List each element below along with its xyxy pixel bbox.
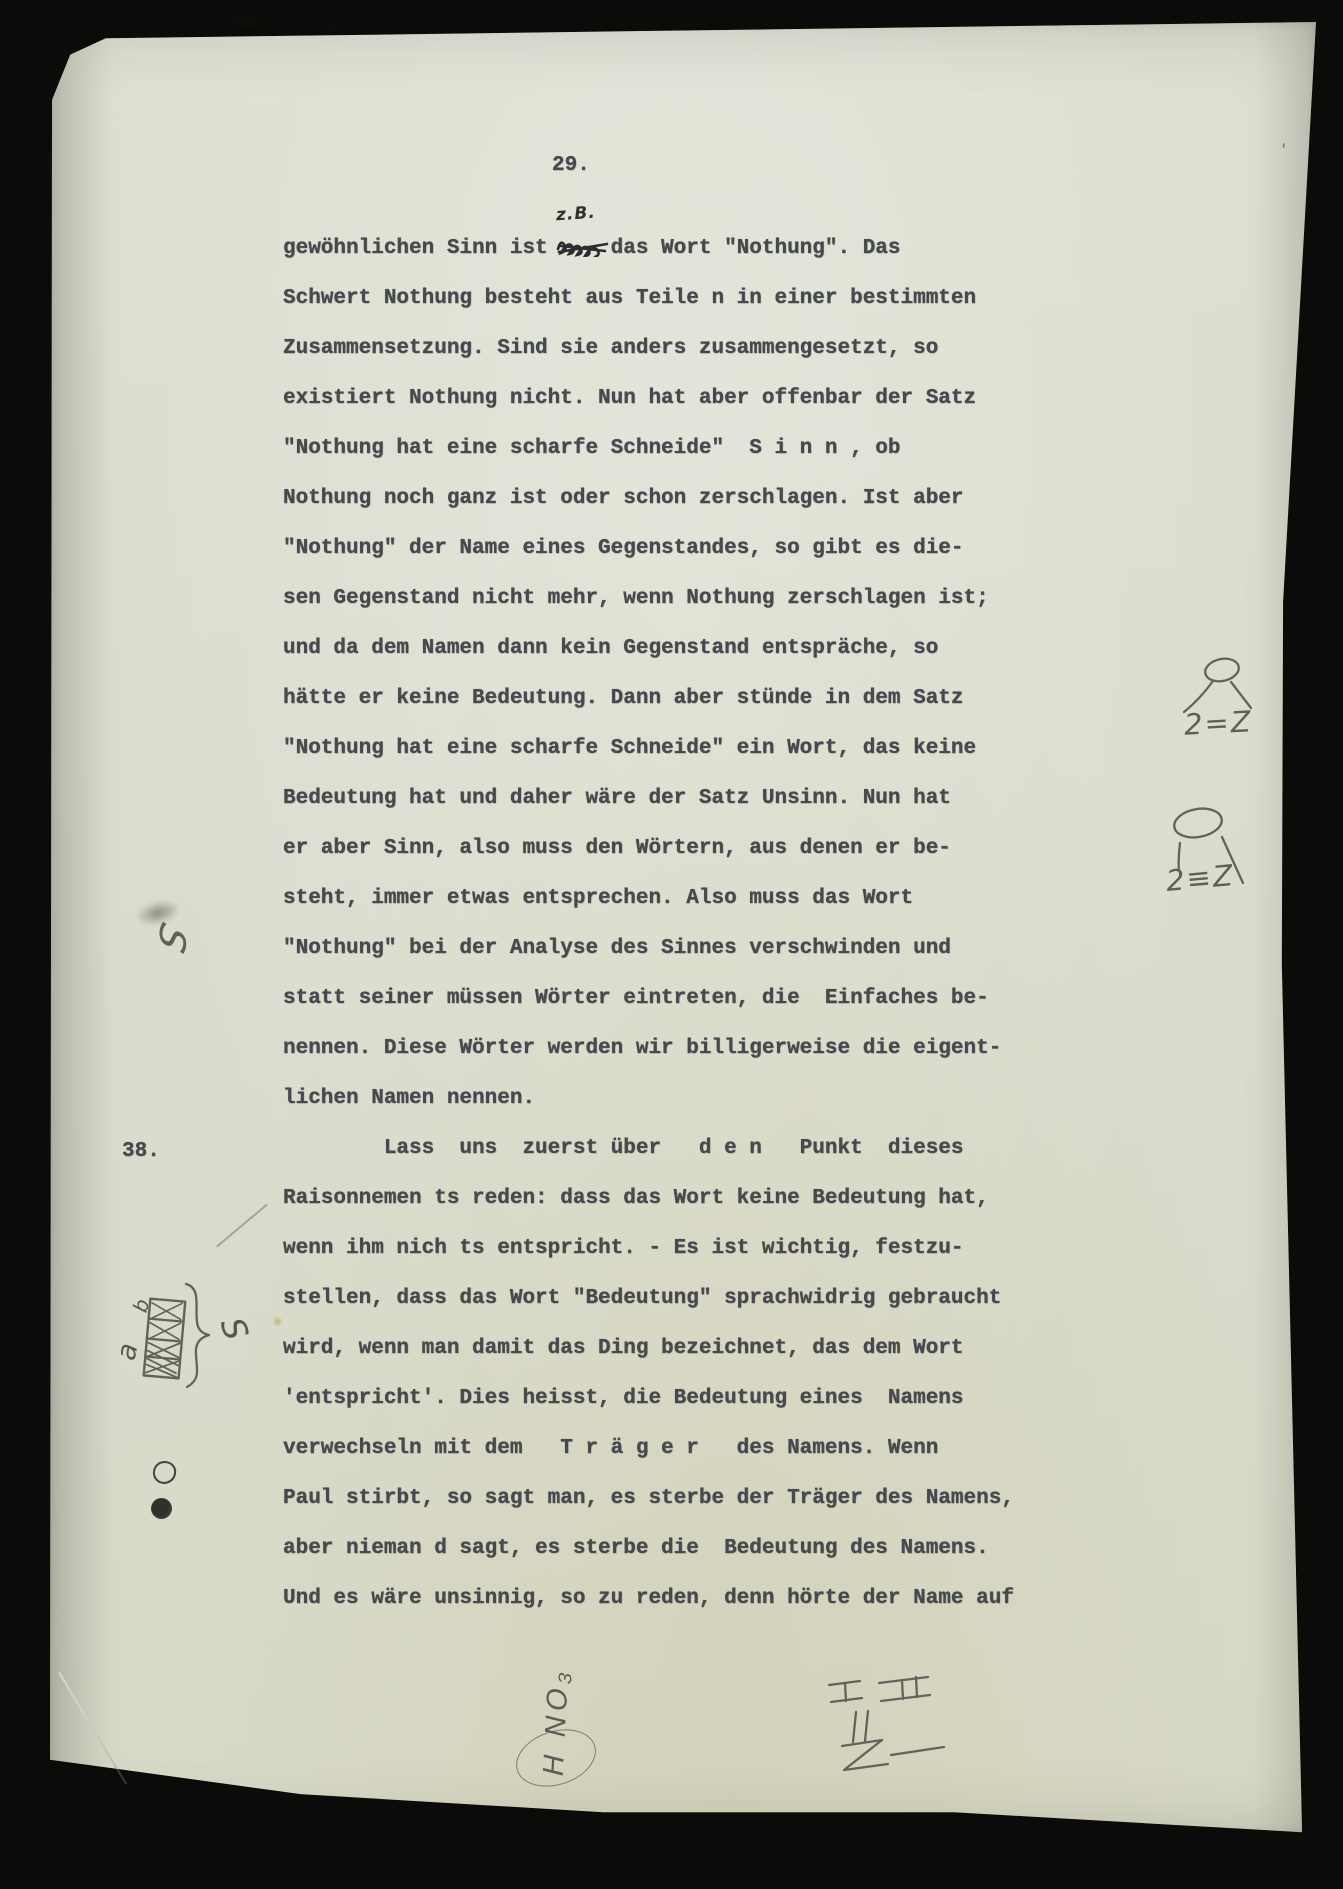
typescript-line: 'entspricht'. Dies heisst, die Bedeutung…	[283, 1386, 964, 1412]
rotated-n-glyph	[842, 1740, 888, 1770]
typescript-line: "Nothung" bei der Analyse des Sinnes ver…	[283, 936, 951, 962]
typescript-line: sen Gegenstand nicht mehr, wenn Nothung …	[283, 586, 989, 612]
typescript-line: Paul stirbt, so sagt man, es sterbe der …	[283, 1486, 1014, 1512]
typescript-line: Raisonnemen ts reden: dass das Wort kein…	[283, 1186, 989, 1212]
sketch-letter-s: S	[213, 1313, 257, 1345]
ink-smudge	[220, 12, 274, 32]
typescript-line: "Nothung" der Name eines Gegenstandes, s…	[283, 536, 964, 562]
doodle-head	[1203, 656, 1241, 685]
typescript-line: er aber Sinn, also muss den Wörtern, aus…	[283, 836, 951, 862]
typescript-line: nennen. Diese Wörter werden wir billiger…	[283, 1036, 1001, 1062]
typescript-line: "Nothung hat eine scharfe Schneide" S i …	[283, 436, 901, 462]
filled-circle-mark	[151, 1498, 172, 1519]
typescript-line: Nothung noch ganz ist oder schon zerschl…	[283, 486, 964, 512]
typescript-line: hätte er keine Bedeutung. Dann aber stün…	[283, 686, 964, 712]
margin-section-number: 38.	[122, 1139, 160, 1165]
typescript-line: und da dem Namen dann kein Gegenstand en…	[283, 636, 938, 662]
margin-sketch: a b S	[108, 1268, 268, 1403]
page-number: 29.	[552, 153, 590, 179]
brace-drawing	[186, 1284, 209, 1387]
typescript-line: Bedeutung hat und daher wäre der Satz Un…	[283, 786, 951, 812]
typescript-line: Schwert Nothung besteht aus Teile n in e…	[283, 286, 976, 312]
formula-hno3-circle	[509, 1720, 604, 1797]
doodle-head	[1172, 805, 1224, 841]
typescript-line: wird, wenn man damit das Ding bezeichnet…	[283, 1336, 964, 1362]
rotated-h-glyph	[879, 1677, 930, 1701]
typescript-line: statt seiner müssen Wörter eintreten, di…	[283, 986, 989, 1012]
scan-background: { "page": { "number": "29.", "margin_sec…	[0, 0, 1343, 1889]
typescript-line: stellen, dass das Wort "Bedeutung" sprac…	[283, 1286, 1001, 1312]
formula-nh-doodle	[815, 1672, 955, 1787]
typescript-line: steht, immer etwas entsprechen. Also mus…	[283, 886, 913, 912]
ink-smudge	[318, 20, 346, 32]
formula-hno3: H NO₃	[482, 1655, 632, 1790]
strikethrough-scribble	[555, 233, 613, 262]
rotated-h-glyph	[829, 1681, 862, 1702]
doodle-lower-caption: 2≡Z	[1165, 858, 1236, 898]
rotated-equals	[853, 1711, 868, 1742]
paper-stain	[272, 1316, 283, 1327]
typescript-line: wenn ihm nich ts entspricht. - Es ist wi…	[283, 1236, 964, 1262]
typescript-line: existiert Nothung nicht. Nun hat aber of…	[283, 386, 976, 412]
typescript-line: Zusammensetzung. Sind sie anders zusamme…	[283, 336, 938, 362]
typescript-line: aber nieman d sagt, es sterbe die Bedeut…	[283, 1536, 989, 1562]
typescript-line: Und es wäre unsinnig, so zu reden, denn …	[283, 1586, 1014, 1612]
inline-annotation-zb: z.B.	[555, 203, 596, 226]
bond-dash	[891, 1747, 944, 1755]
scanned-page: 29. gewöhnlichen Sinn ist das Wort "Noth…	[0, 0, 1343, 1889]
typescript-line: verwechseln mit dem T r ä g e r des Name…	[283, 1436, 938, 1462]
typescript-line: "Nothung hat eine scharfe Schneide" ein …	[283, 736, 976, 762]
doodle-upper-caption: 2=Z	[1183, 704, 1253, 742]
sketch-letter-a: a	[111, 1340, 145, 1363]
typescript-line: Lass uns zuerst über d e n Punkt dieses	[283, 1136, 964, 1162]
typescript-line: lichen Namen nennen.	[283, 1086, 535, 1112]
